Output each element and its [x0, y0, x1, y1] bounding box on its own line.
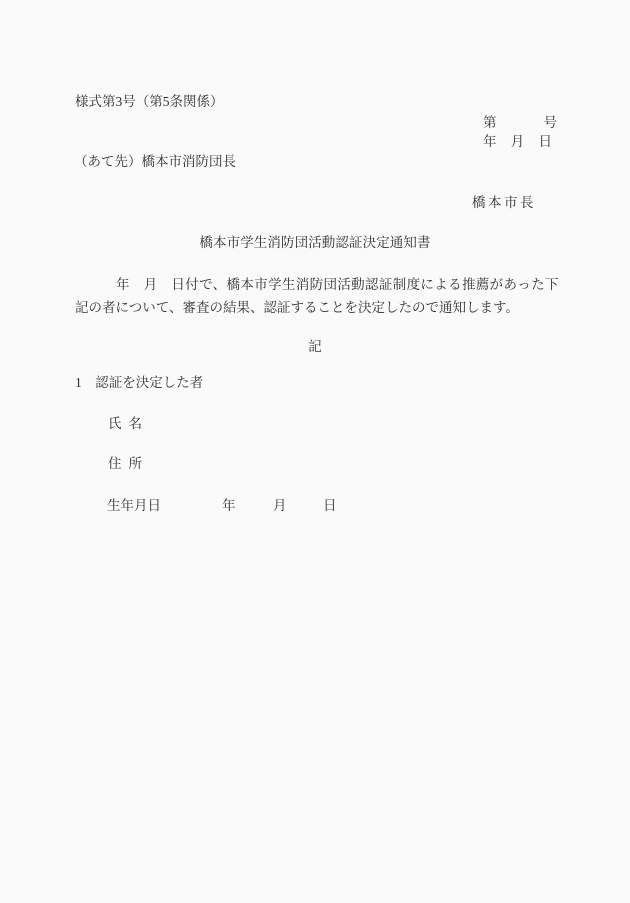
- doc-number-suffix: 号: [544, 116, 558, 130]
- body-paragraph-line-1: 年 月 日付で、橋本市学生消防団活動認証制度による推薦があった下: [116, 278, 559, 292]
- sender-line: 橋本市長: [472, 196, 536, 210]
- document-title: 橋本市学生消防団活動認証決定通知書: [0, 236, 630, 250]
- birthdate-year-label: 年: [222, 499, 236, 513]
- recipient-line: （あて先）橋本市消防団長: [74, 155, 236, 169]
- birthdate-day-label: 日: [323, 499, 337, 513]
- address-label-char1: 住: [108, 457, 122, 471]
- doc-number-prefix: 第: [483, 116, 497, 130]
- address-label-char2: 所: [129, 457, 143, 471]
- birthdate-field-label: 生年月日: [107, 499, 161, 513]
- name-label-char1: 氏: [108, 417, 122, 431]
- document-page: 様式第3号（第5条関係） 第 号 年 月 日 （あて先）橋本市消防団長 橋本市長…: [0, 0, 630, 903]
- name-label-char2: 名: [129, 417, 143, 431]
- body-paragraph-line-2: 記の者について、審査の結果、認証することを決定したので通知します。: [75, 301, 519, 315]
- document-number-line: 第 号: [483, 116, 557, 130]
- birthdate-month-label: 月: [273, 499, 287, 513]
- date-day-label: 日: [539, 135, 553, 149]
- date-year-label: 年: [483, 135, 497, 149]
- date-month-label: 月: [511, 135, 525, 149]
- record-marker: 記: [0, 340, 630, 354]
- address-field-label: 住 所: [108, 457, 142, 471]
- name-field-label: 氏 名: [108, 417, 142, 431]
- date-line: 年 月 日: [483, 135, 552, 149]
- item1-heading: 1 認証を決定した者: [75, 376, 203, 390]
- form-number: 様式第3号（第5条関係）: [75, 95, 224, 109]
